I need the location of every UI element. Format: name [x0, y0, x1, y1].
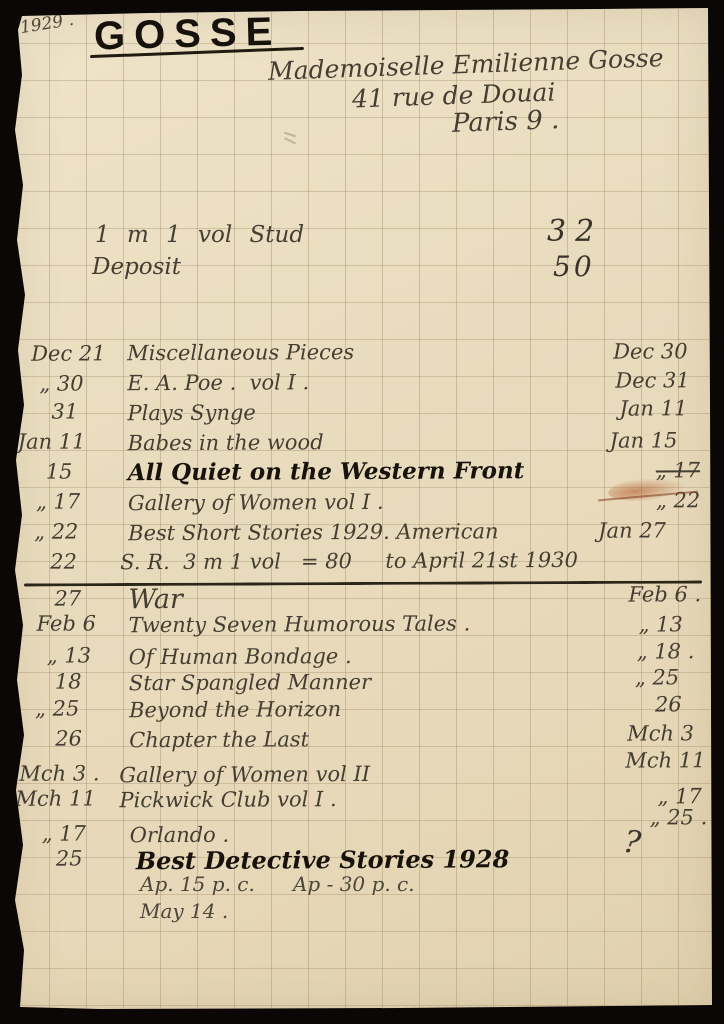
date-borrowed: 15 — [46, 460, 73, 484]
date-borrowed: Jan 11 — [18, 429, 86, 453]
date-returned: Feb 6 . — [628, 582, 701, 606]
book-title: Plays Synge — [127, 401, 255, 426]
book-title: Gallery of Women vol II — [119, 762, 370, 787]
date-returned: Jan 27 — [598, 518, 666, 542]
book-title: Babes in the wood — [128, 430, 324, 455]
date-returned: Dec 31 — [615, 368, 690, 392]
date-returned: Mch 11 — [625, 748, 705, 772]
renewal-note: S. R. 3 m 1 vol = 80 to April 21st 1930 — [120, 548, 578, 574]
date-borrowed: 22 — [50, 549, 77, 573]
book-title: Star Spangled Manner — [129, 670, 371, 695]
ledger: Dec 21 Miscellaneous Pieces Dec 30 „ 30 … — [0, 0, 724, 1024]
date-borrowed: „ 22 — [34, 519, 78, 543]
book-title: Twenty Seven Humorous Tales . — [129, 611, 471, 637]
date-borrowed: 18 — [55, 669, 82, 693]
date-returned: „ 25 . — [650, 805, 708, 829]
date-returned: „ 25 — [635, 665, 679, 689]
footnote-date: May 14 . — [140, 899, 228, 923]
date-borrowed: 31 — [51, 399, 78, 423]
date-borrowed: 25 — [56, 846, 83, 870]
date-borrowed: „ 13 — [47, 643, 91, 667]
book-title: War — [128, 584, 183, 615]
date-borrowed: „ 30 — [39, 371, 83, 395]
book-title: Of Human Bondage . — [129, 644, 352, 669]
book-title: E. A. Poe . vol I . — [127, 370, 309, 395]
date-returned: „ 13 — [639, 612, 683, 636]
date-returned: ? — [621, 824, 643, 862]
book-title: Miscellaneous Pieces — [127, 340, 354, 365]
date-returned: Jan 15 — [610, 428, 678, 452]
book-title: Best Short Stories 1929. American — [128, 519, 499, 545]
date-returned: Mch 3 — [627, 721, 694, 745]
date-returned: 26 — [655, 692, 682, 716]
date-borrowed: Dec 21 — [31, 341, 106, 365]
book-title: Chapter the Last — [129, 727, 309, 752]
date-borrowed: Mch 11 — [15, 786, 95, 810]
date-borrowed: „ 17 — [42, 821, 86, 845]
date-borrowed: Feb 6 — [37, 611, 96, 635]
date-borrowed: 26 — [55, 726, 82, 750]
book-title: Best Detective Stories 1928 — [136, 844, 510, 875]
date-returned: Jan 11 — [619, 396, 687, 420]
date-borrowed: 27 — [54, 586, 81, 610]
book-title: Pickwick Club vol I . — [119, 787, 336, 812]
footnote-payments: Ap. 15 p. c. Ap - 30 p. c. — [140, 872, 415, 896]
date-returned: „ 18 . — [637, 639, 695, 663]
book-title: Beyond the Horizon — [129, 697, 341, 722]
date-borrowed: „ 17 — [36, 489, 80, 513]
date-returned: Dec 30 — [613, 339, 688, 363]
library-card: 1929 . GOSSE Mademoiselle Emilienne Goss… — [0, 0, 724, 1024]
book-title: Orlando . — [130, 823, 230, 848]
book-title: Gallery of Women vol I . — [128, 490, 384, 515]
date-borrowed: „ 25 — [35, 696, 79, 720]
date-borrowed: Mch 3 . — [19, 761, 99, 785]
book-title: All Quiet on the Western Front — [128, 457, 525, 486]
